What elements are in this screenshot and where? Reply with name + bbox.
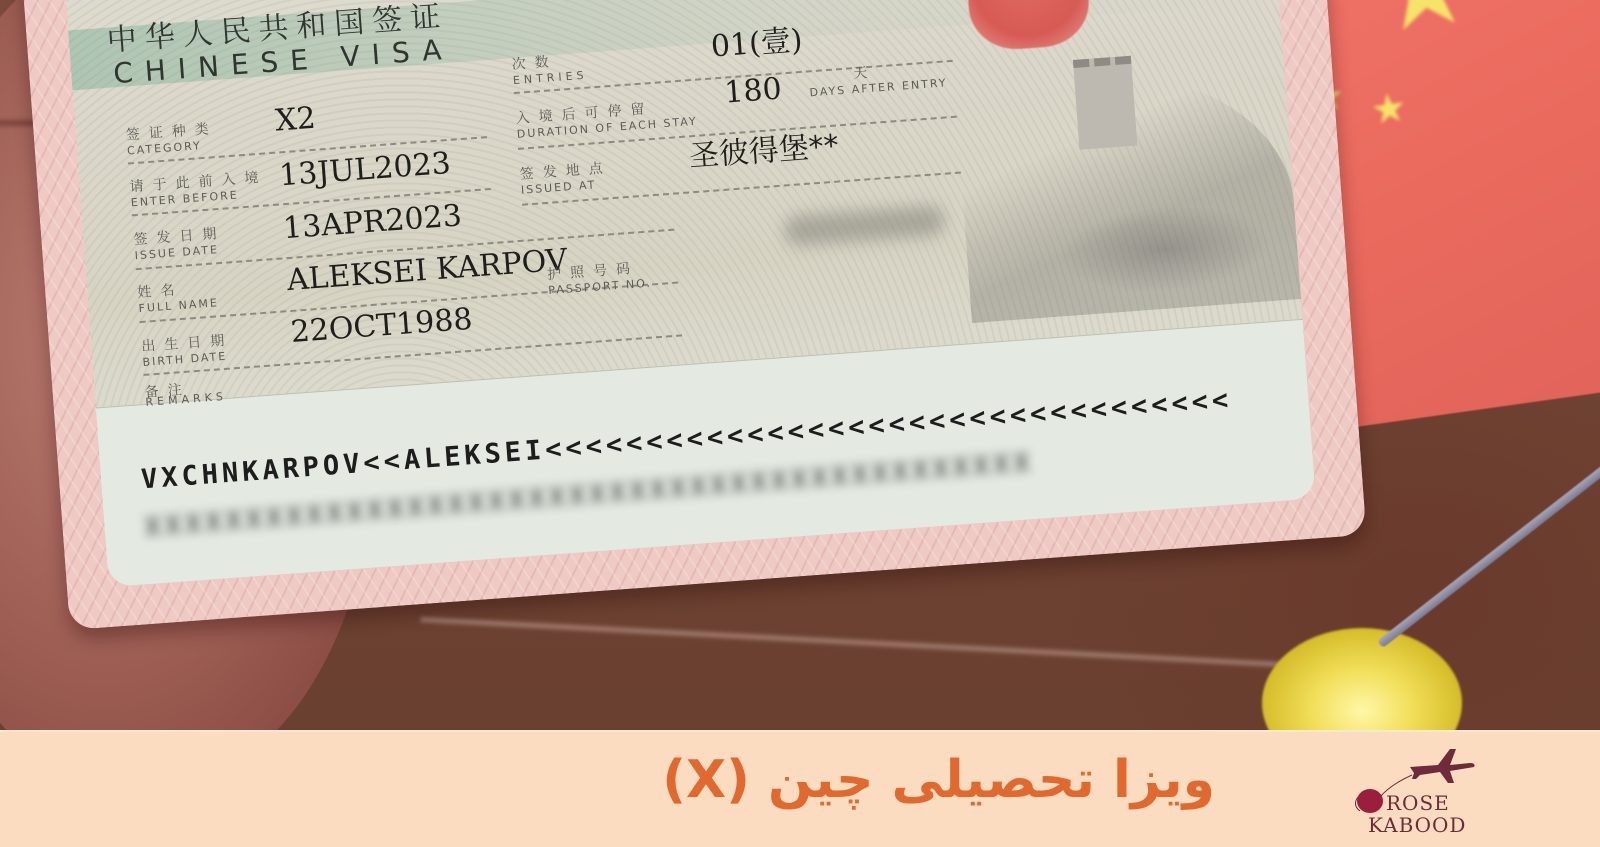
passport-number-redacted [784,205,946,247]
issued-at-value: 圣彼得堡** [687,120,840,175]
duration-value: 180 [723,71,783,110]
passport: ★ ★ ★ ★ ★ 中华人民共和国签证 CHINESE VISA 签证种类 CA… [19,0,1367,630]
banner-title: ویزا تحصیلی چین (X) [662,750,1215,810]
duration-unit-cn: 天 [853,61,877,83]
desk-edge [420,617,1299,668]
duration-unit-en: DAYS AFTER ENTRY [809,76,948,99]
enter-before-value: 13JUL2023 [278,146,452,193]
heart-balloon-icon [1355,789,1383,813]
visa-sticker: ★ ★ ★ ★ ★ 中华人民共和国签证 CHINESE VISA 签证种类 CA… [64,0,1316,587]
entries-value: 01(壹) [709,15,804,66]
issue-date-value: 13APR2023 [282,198,463,246]
flag-star-icon: ★ [1367,0,1480,50]
national-emblem-icon: ★ ★ ★ ★ ★ [964,0,1092,52]
airplane-icon [1410,749,1475,783]
flag-pin-base [1262,628,1462,730]
flag-pole [1377,456,1600,648]
full-name-value: ALEKSEI KARPOV [286,243,569,298]
visa-photo: ★ ★ ★ ★ ★ ★ ★ ★ ★ 中华人民共和国签证 CHINESE VISA… [0,0,1600,730]
logo-line-2: KABOOD [1368,813,1466,837]
great-wall-tower [1073,56,1137,150]
flag-star-icon: ★ [1368,87,1409,132]
rose-kabood-logo: ROSE KABOOD [1350,745,1480,840]
category-value: X2 [274,101,317,139]
logo-line-1: ROSE [1386,791,1450,815]
